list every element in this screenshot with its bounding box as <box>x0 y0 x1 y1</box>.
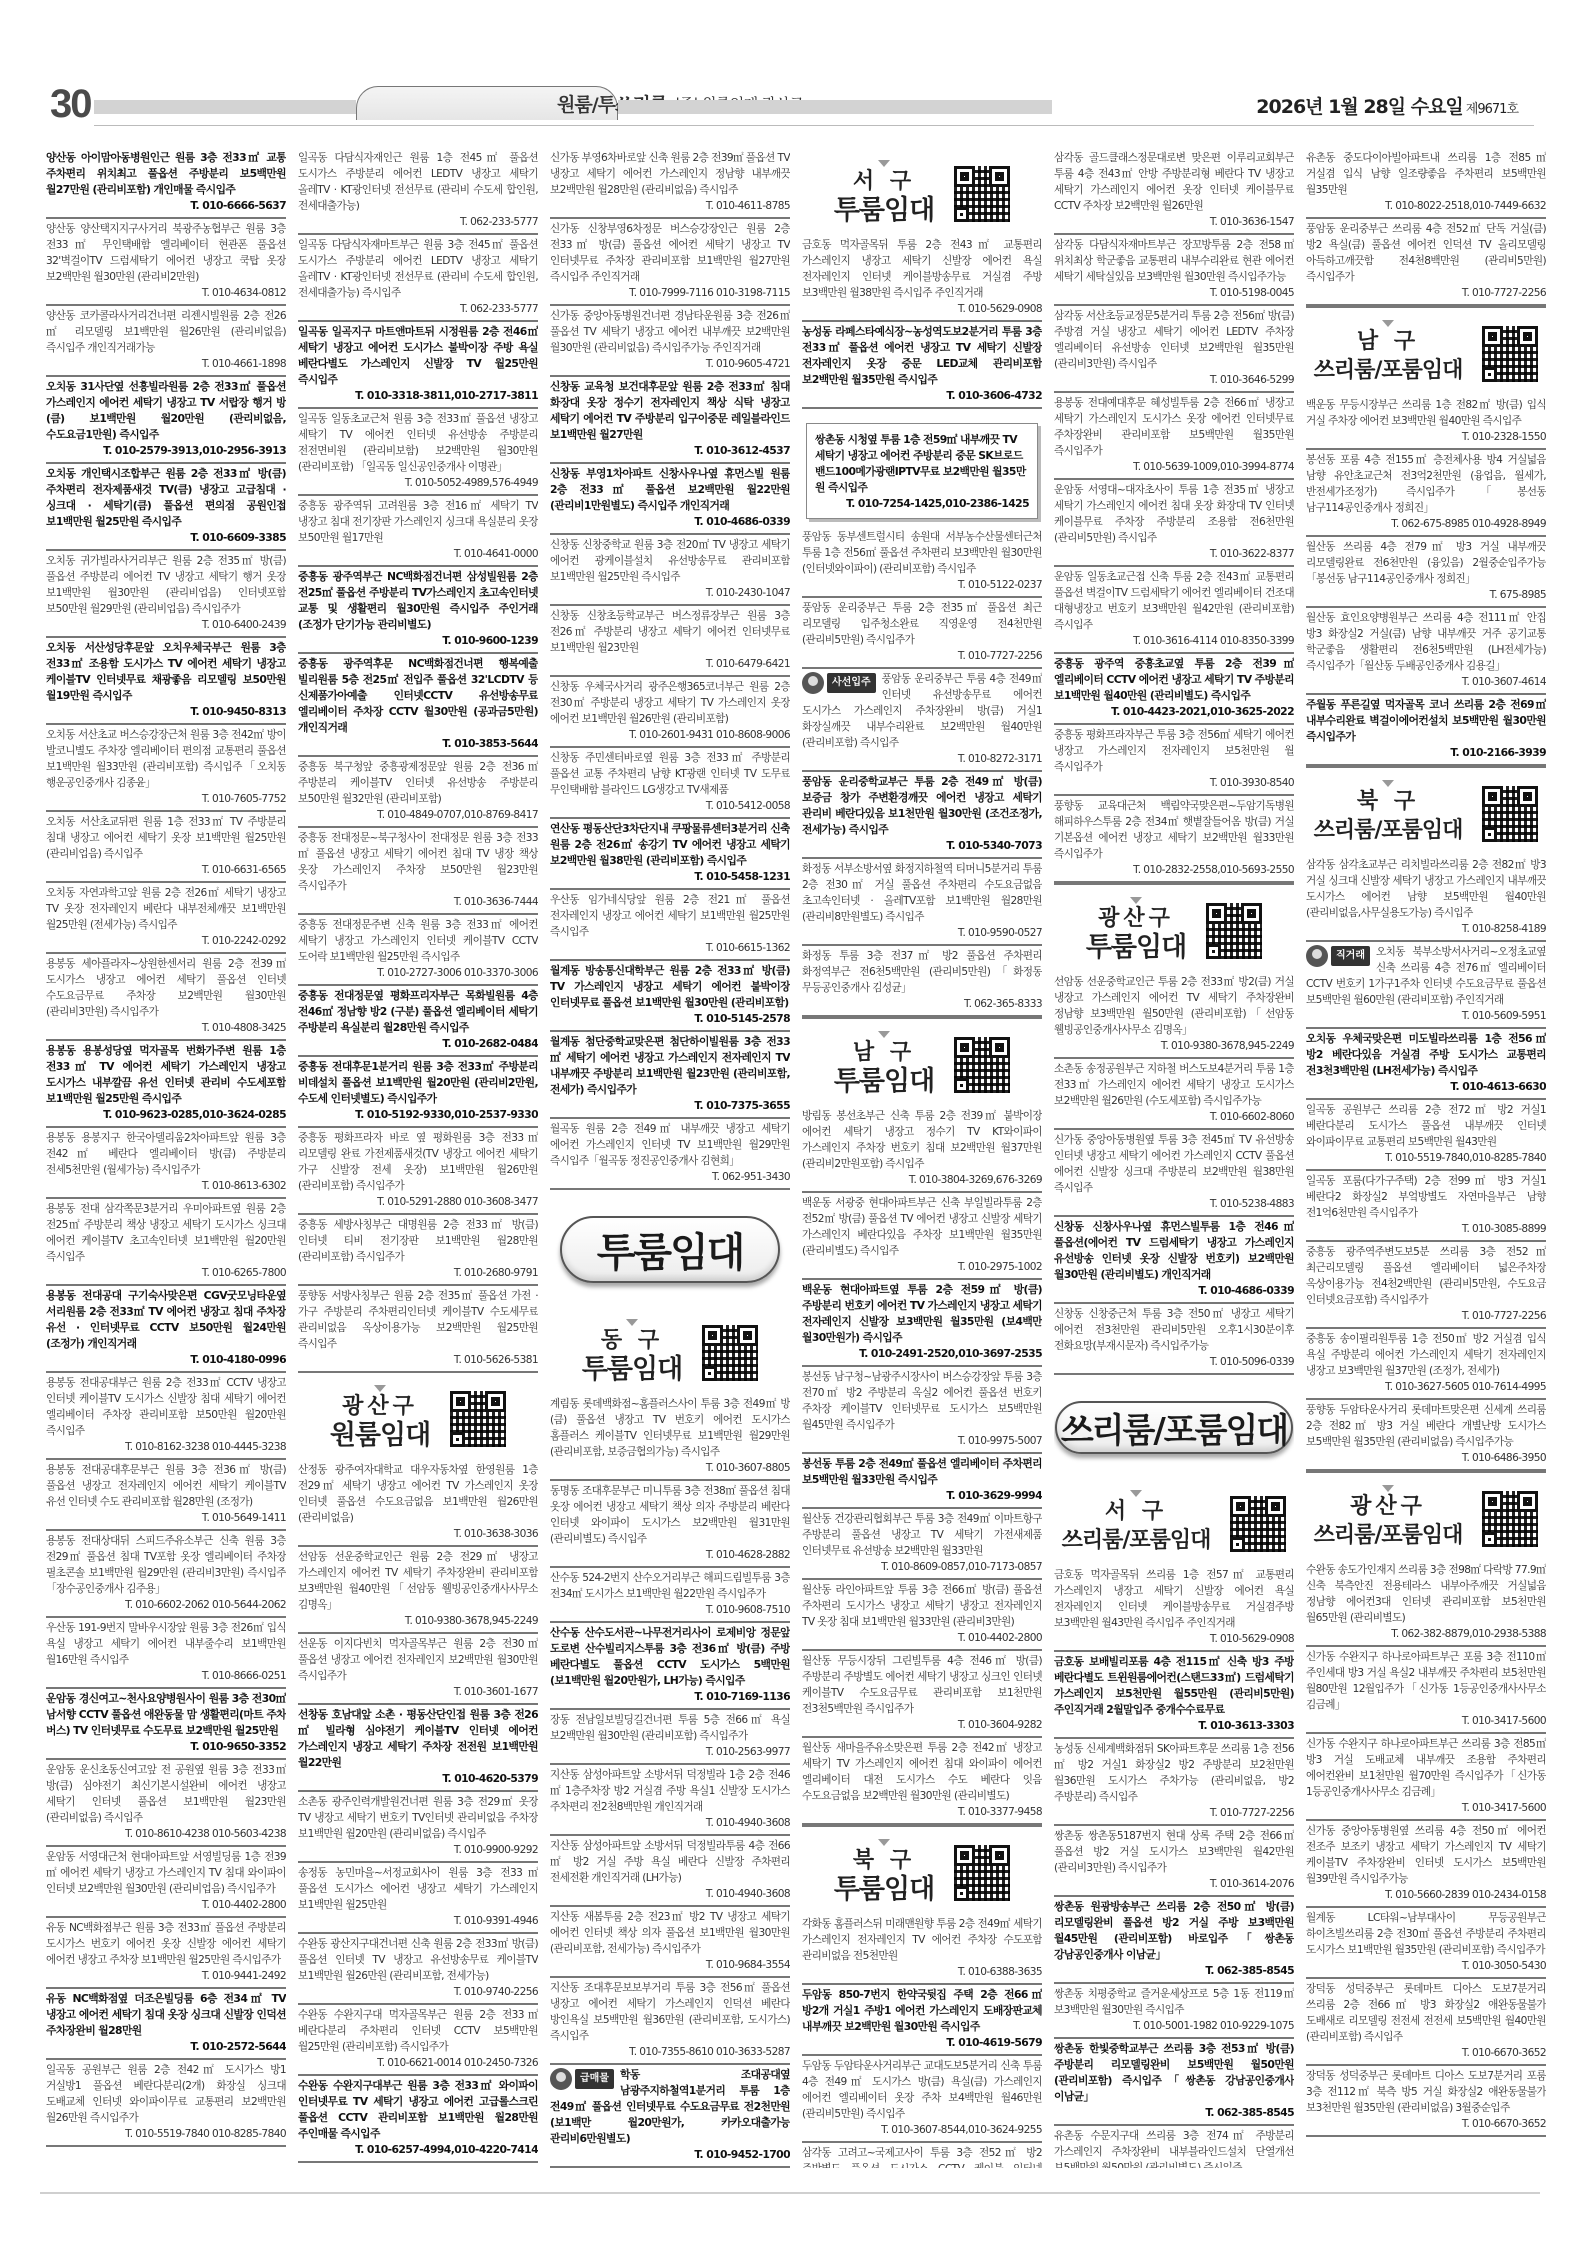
listing-phone: T. 010-3085-8899 <box>1306 1221 1546 1237</box>
listing-item: 방림동 봉선초부근 신축 투룸 2층 전39㎡ 붙박이장 에어컨 세탁기 냉장고… <box>802 1106 1042 1193</box>
lightbulb-icon <box>802 672 824 694</box>
listing-text: 화정동 서부소방서옆 화정지하철역 티머니5분거리 투룸 2층 전30㎡ 거실 … <box>802 863 1042 923</box>
listing-text: 신가동 신창부영6차정문 버스승강장인근 원룸 2층 전33㎡ 방(큼) 풀옵션… <box>550 223 790 283</box>
listing-phone: T. 010-4940-3608 <box>550 1815 790 1831</box>
listing-phone: T. 010-6479-6421 <box>550 656 790 672</box>
tag-label: 사선입주 <box>827 673 876 693</box>
column-4: 서 구 투룸임대 금호동 먹자골목뒤 투룸 2층 전43㎡ 교통편리 가스레인지… <box>802 148 1042 2168</box>
listing-text: 선암동 선운중학교인근 투룸 2층 전33㎡ 방2(큼) 거실 냉장고 가스레인… <box>1054 976 1294 1036</box>
listing-phone: T. 010-2579-3913,010-2956-3913 <box>46 443 286 459</box>
listing-item: 풍암동 운리중부근 투룸 2층 전35㎡ 풀옵션 최근 리모델링 입주청소완료 … <box>802 598 1042 669</box>
listing-text: 신창동 신창초등학교부근 버스정류장부근 원룸 3층 전26㎡ 주방분리 냉장고… <box>550 610 790 654</box>
listing-item: 월산동 효인요양병원부근 쓰리룸 4층 전111㎡ 안집 방3 화장실2 거실(… <box>1306 608 1546 695</box>
listing-phone: T. 010-2832-2558,010-5693-2550 <box>1054 862 1294 878</box>
listing-phone: T. 062-233-5777 <box>298 214 538 230</box>
listing-phone: T. 010-9380-3678,945-2249 <box>1054 1038 1294 1054</box>
listing-phone: T. 010-4619-5679 <box>802 2035 1042 2051</box>
listing-text: 백운동 서광중 현대아파트부근 신축 부일빌라투룸 2층 전52㎡ 방(큼) 풀… <box>802 1197 1042 1257</box>
listing-item: 중흥동 송이필리원투룸 1층 전50㎡ 방2 거실겸 입식 욕실 주방분리 에어… <box>1306 1329 1546 1400</box>
listing-text: 풍향동 서방사칭부근 원룸 2층 전35㎡ 풀옵션 가전 · 가구 주방분리 주… <box>298 1290 538 1350</box>
column-6-gwangsan-listings: 수완동 송도가인재지 쓰리룸 3층 전98㎡ 다락방 77.9㎡ 신축 북측안진… <box>1306 1560 1546 2137</box>
district-name: 광산구 <box>1086 906 1186 932</box>
listing-phone: T. 010-9391-4946 <box>298 1913 538 1929</box>
listing-text: 중흥동 평화프라자부근 투룸 3층 전56㎡ 세탁기 에어컨 냉장고 가스레인지… <box>1054 729 1294 773</box>
listing-phone: T. 010-2242-0292 <box>46 933 286 949</box>
listing-item: 화정동 투룸 3층 전37㎡ 방2 풀옵션 주차편리 화정역부근 전6천5백만원… <box>802 946 1042 1017</box>
listing-phone: T. 010-5198-0045 <box>1054 285 1294 301</box>
listing-text: 금호동 먹자골목뒤 투룸 2층 전43㎡ 교통편리 가스레인지 냉장고 세탁기 … <box>802 239 1042 299</box>
urgent-listing: 급매물 학동 조대공대옆 남광주지하철역1분거리 투룸 1층 전49㎡ 풀옵션 … <box>550 2065 790 2168</box>
listing-phone: T. 010-2491-2520,010-3697-2535 <box>802 1346 1042 1362</box>
listing-item: 산정동 광주여자대학교 대우자동차옆 한영원룸 1층 전29㎡ 세탁기 냉장고 … <box>298 1460 538 1547</box>
listing-text: 운암동 경신여고~천사요양병원사이 원룸 3층 전30㎡ 남서향 CCTV 풀옵… <box>46 1692 286 1737</box>
listing-text: 오치동 자연과학고앞 원룸 2층 전26㎡ 세탁기 냉장고 TV 옷장 전자레인… <box>46 887 286 931</box>
listing-text: 중흥동 전대정문주변 신축 원룸 3층 전33㎡ 에어컨 세탁기 냉장고 가스레… <box>298 919 538 963</box>
listing-text: 월산동 효인요양병원부근 쓰리룸 4층 전111㎡ 안집 방3 화장실2 거실(… <box>1306 612 1546 672</box>
listing-item: 운암동 경신여고~천사요양병원사이 원룸 3층 전30㎡ 남서향 CCTV 풀옵… <box>46 1689 286 1760</box>
listing-text: 양산동 코카콜라사거리건너편 리젠시빌원룸 2층 전26㎡ 리모델링 보1백만원… <box>46 310 286 354</box>
listing-phone: T. 010-5238-4883 <box>1054 1196 1294 1212</box>
listing-item: 직거래오치동 북부소방서사거리~오정초교옆 신축 쓰리룸 4층 전76㎡ 엘리베… <box>1306 942 1546 1029</box>
district-header-gwangsan-tworoom: 광산구 투룸임대 <box>1054 883 1294 972</box>
listing-phone: T. 010-5096-0339 <box>1054 1354 1294 1370</box>
section-banner-tworoom: 투룸임대 <box>560 1216 780 1283</box>
listing-item: 용봉동 용봉성당옆 먹자골목 번화가주변 원룸 1층 전33㎡ TV 에어컨 세… <box>46 1041 286 1128</box>
listing-text: 동명동 조대후문부근 미니투룸 3층 전38㎡ 풀옵션 침대 옷장 에어컨 냉장… <box>550 1485 790 1545</box>
listing-item: 수완동 수완지구대부근 원룸 3층 전33㎡ 와이파이 인터넷무료 TV 세탁기… <box>298 2076 538 2163</box>
district-header-namgu-three: 남 구 쓰리룸/포룸임대 <box>1306 306 1546 395</box>
listing-phone: T. 010-5145-2578 <box>550 1011 790 1027</box>
listing-item: 지산동 조대후문보보부거리 투룸 3층 전56㎡ 풀옵션 냉장고 에어컨 세탁기… <box>550 1978 790 2065</box>
listing-phone: T. 010-5458-1231 <box>550 869 790 885</box>
listing-phone: T. 010-6400-2439 <box>46 617 286 633</box>
listing-item: 송정동 농민마을~서정교회사이 원룸 3층 전33㎡ 풀옵션 도시가스 에어컨 … <box>298 1863 538 1934</box>
listing-phone: T. 010-5629-0908 <box>802 301 1042 317</box>
listing-text: 용봉동 전대예대후문 혜성빌투룸 2층 전66㎡ 냉장고 세탁기 가스레인지 도… <box>1054 397 1294 457</box>
listing-text: 신창동 교육청 보건대후문앞 원룸 2층 전33㎡ 침대 화장대 옷장 정수기 … <box>550 380 790 441</box>
listing-phone: T. 010-4180-0996 <box>46 1352 286 1368</box>
listing-item: 수완동 송도가인재지 쓰리룸 3층 전98㎡ 다락방 77.9㎡ 신축 북측안진… <box>1306 1560 1546 1647</box>
listing-item: 두암동 850-7번지 한약국뒷집 주택 2층 전66㎡ 방2개 거실1 주방1… <box>802 1985 1042 2056</box>
listing-item: 월곡동 원룸 2층 전49㎡ 내부깨끗 냉장고 세탁기 에어컨 가스레인지 인터… <box>550 1119 790 1190</box>
qr-code-icon[interactable] <box>702 1325 758 1381</box>
qr-code-icon[interactable] <box>954 1845 1010 1901</box>
listing-item: 선암동 선운중학교인근 투룸 2층 전33㎡ 방2(큼) 거실 냉장고 가스레인… <box>1054 972 1294 1059</box>
listing-text: 월산동 라인아파트앞 투룸 3층 전66㎡ 방(큼) 풀옵션 주차편리 도시가스… <box>802 1584 1042 1628</box>
listing-phone: T. 010-5122-0237 <box>802 577 1042 593</box>
qr-code-icon[interactable] <box>1482 1491 1538 1547</box>
district-header-gwangsan-oneroom: 광산구 원룸임대 <box>298 1373 538 1460</box>
listing-text: 중흥동 북구청앞 중흥광제정문앞 원룸 2층 전36㎡ 주방분리 케이블TV 인… <box>298 761 538 805</box>
listing-text: 유동 NC백화점옆 더조은빌딩룸 6층 전34㎡ TV 냉장고 에어컨 세탁기 … <box>46 1992 286 2037</box>
listing-phone: T. 010-5052-4989,576-4949 <box>298 475 538 491</box>
qr-code-icon[interactable] <box>1230 1496 1286 1552</box>
listing-text: 지산동 삼성아파트앞 소방서뒤 덕정빌라투룸 4층 전66㎡ 방2 거실 주방 … <box>550 1840 790 1884</box>
listing-item: 산수동 524-2번지 산수오거리부근 해피드림빌투룸 3층 전34㎡ 도시가스… <box>550 1568 790 1623</box>
listing-text: 일곡동 포룸(다가구주택) 2층 전99㎡ 방3 거실1 베란다2 화장실2 부… <box>1306 1175 1546 1219</box>
listing-item: 오치동 서산초교뒤편 원룸 1층 전33㎡ TV 주방분리 침대 냉장고 에어컨… <box>46 812 286 883</box>
listing-phone: T. 010-4628-2882 <box>550 1547 790 1563</box>
district-title: 원룸임대 <box>330 1420 430 1452</box>
triangle-icon <box>1382 1485 1394 1492</box>
listing-text: 금호동 먹자골목뒤 쓰리룸 1층 전57㎡ 교통편리 가스레인지 냉장고 세탁기… <box>1054 1569 1294 1629</box>
column-1: 양산동 아이맘아동병원인근 원룸 3층 전33㎡ 교통 주차편리 위치최고 풀옵… <box>46 148 286 2168</box>
listing-phone: T. 010-8272-3171 <box>802 751 1042 767</box>
listing-text: 운암동 일동초교근접 신축 투룸 2층 전43㎡ 교통편리 풀옵션 벽걸이TV … <box>1054 571 1294 631</box>
listing-text: 중흥동 송이필리원투룸 1층 전50㎡ 방2 거실겸 입식 욕실 주방분리 에어… <box>1306 1333 1546 1377</box>
qr-code-icon[interactable] <box>1482 326 1538 382</box>
listing-phone: T. 675-8985 <box>1306 587 1546 603</box>
listing-phone: T. 010-4423-2021,010-3625-2022 <box>1054 704 1294 720</box>
listing-item: 용봉동 전대공대부근 원룸 2층 전33㎡ CCTV 냉장고 인터넷 케이블TV… <box>46 1373 286 1460</box>
listing-phone: T. 010-6670-3652 <box>1306 2045 1546 2061</box>
listing-phone: T. 010-8162-3238 010-4445-3238 <box>46 1439 286 1455</box>
column-4-seogu-listings: 금호동 먹자골목뒤 투룸 2층 전43㎡ 교통편리 가스레인지 냉장고 세탁기 … <box>802 235 1042 409</box>
listing-phone: T. 010-3622-8377 <box>1054 546 1294 562</box>
listing-item: 신창동 교육청 보건대후문앞 원룸 2층 전33㎡ 침대 화장대 옷장 정수기 … <box>550 377 790 464</box>
listing-phone: T. 010-2166-3939 <box>1306 745 1546 761</box>
listing-text: 선창동 호남대앞 소촌 · 평동산단인접 원룸 3층 전26㎡ 빌라형 심야전기… <box>298 1708 538 1769</box>
listing-text: 신가동 수완지구 하나로아파트부근 쓰리룸 3층 전85㎡ 방3 거실 도배교체… <box>1306 1738 1546 1798</box>
listing-item: 쌍촌동 한빛중학교부근 쓰리룸 3층 전53㎡ 방(큼) 주방분리 리모델링완비… <box>1054 2039 1294 2126</box>
listing-item: 신창동 우체국사거리 광주은행365코너부근 원룸 2층 전30㎡ 주방분리 냉… <box>550 677 790 748</box>
listing-text: 운암동 서영대~대자초사이 투룸 1층 전35㎡ 냉장고 세탁기 가스레인지 에… <box>1054 484 1294 544</box>
column-5-gwangsan-listings: 선암동 선운중학교인근 투룸 2층 전33㎡ 방2(큼) 거실 냉장고 가스레인… <box>1054 972 1294 1375</box>
listing-item: 용봉동 전대공대후문부근 원룸 3층 전36㎡ 방(큼) 풀옵션 냉장고 전자레… <box>46 1460 286 1531</box>
listing-phone: T. 010-5412-0058 <box>550 798 790 814</box>
listing-item: 소촌동 송정공원부근 지하철 버스도보4분거리 투룸 1층 전33㎡ 가스레인지… <box>1054 1059 1294 1130</box>
listing-text: 신창동 주민센터바로옆 원룸 3층 전33㎡ 주방분리 풀옵션 교통 주차편리 … <box>550 752 790 796</box>
listing-item: 신가동 수완지구 하나로아파트부근 포룸 3층 전110㎡ 주인세대 방3 거실… <box>1306 1647 1546 1734</box>
listing-phone: T. 010-5660-2839 010-2434-0158 <box>1306 1887 1546 1903</box>
listing-item: 중흥동 광주역부근 NC백화점건너편 삼성빌원룸 2층 전25㎡ 풀옵션 주방분… <box>298 567 538 654</box>
qr-code-icon[interactable] <box>954 1037 1010 1093</box>
urgent-label: 급매물 <box>575 2069 614 2089</box>
listing-phone: T. 010-8022-2518,010-7449-6632 <box>1306 198 1546 214</box>
listing-phone: T. 010-3612-4537 <box>550 443 790 459</box>
listing-phone: T. 010-4613-6630 <box>1306 1079 1546 1095</box>
listing-phone: T. 010-3638-3036 <box>298 1526 538 1542</box>
listing-phone: T. 010-2328-1550 <box>1306 429 1546 445</box>
district-header-gwangsan-three: 광산구 쓰리룸/포룸임대 <box>1306 1471 1546 1560</box>
listing-item: 지산동 새봄투룸 2층 전23㎡ 방2 TV 냉장고 세탁기 에어컨 인터넷 책… <box>550 1907 790 1978</box>
listing-text: 오치동 귀가빌라사거리부근 원룸 2층 전35㎡ 방(큼) 풀옵션 주방분리 에… <box>46 555 286 615</box>
listing-phone: T. 010-9452-1700 <box>550 2147 790 2163</box>
listing-text: 월계동 첨단중학교맞은편 첨단하이빌원룸 3층 전33㎡ 세탁기 에어컨 냉장고… <box>550 1035 790 1096</box>
listing-phone: T. 010-3629-9994 <box>802 1488 1042 1504</box>
listing-item: 중흥동 전대후문1분거리 원룸 3층 전33㎡ 주방분리 비데설치 풀옵션 보1… <box>298 1057 538 1128</box>
listing-item: 장덕동 성덕중부근 롯데마트 디아스 도보7분거리 쓰리룸 2층 전66㎡ 방3… <box>1306 1979 1546 2066</box>
listing-phone: T. 062-385-8545 <box>1054 2105 1294 2121</box>
listing-phone: T. 010-6670-3652 <box>1306 2116 1546 2132</box>
district-title: 쓰리룸/포룸임대 <box>1314 815 1463 847</box>
listing-text: 오치동 서산초교 버스승강장근처 원룸 3층 전42㎡ 방이 발코니별도 주차장… <box>46 729 286 789</box>
listing-phone: T. 010-3853-5644 <box>298 736 538 752</box>
listing-phone: T. 010-6615-1362 <box>550 940 790 956</box>
listing-item: 용봉동 세아플라자~상원한센서리 원룸 2층 전39㎡ 도시가스 냉장고 에어컨… <box>46 954 286 1041</box>
column-3: 신가동 부영6차바로앞 신축 원룸 2층 전39㎡ 풀옵션 TV 냉장고 세탁기… <box>550 148 790 2168</box>
listing-item: 일곡동 공원부근 원룸 2층 전42㎡ 도시가스 방1 거실방1 풀옵션 베란다… <box>46 2060 286 2147</box>
listing-item: 월산동 쓰리룸 4층 전79㎡ 방3 거실 내부깨끗 리모델링완료 전6천만원 … <box>1306 537 1546 608</box>
listing-text: 산수동 산수도서관~나무전거리사이 로제비앙 정문앞 도로변 산수빌리지스투룸 … <box>550 1626 790 1687</box>
column-2-listings: 일곡동 다담식자재인근 원룸 1층 전45㎡ 풀옵션 도시가스 주방분리 에어컨… <box>298 148 538 1373</box>
listing-item: 풍암동 운리중부근 쓰리룸 4층 전52㎡ 단독 거실(큼) 방2 욕실(큼) … <box>1306 219 1546 306</box>
listing-text: 운암동 운신초동신여고앞 전 공원옆 원룸 3층 전33㎡ 방(큼) 심야전기 … <box>46 1764 286 1824</box>
listing-phone: T. 010-4686-0339 <box>1054 1283 1294 1299</box>
qr-code-icon[interactable] <box>1206 903 1262 959</box>
listing-phone: T. 010-7605-7752 <box>46 791 286 807</box>
boxed-listing: 쌍촌동 시청옆 투룸 1층 전59㎡ 내부깨끗 TV 세탁기 냉장고 에어컨 주… <box>806 423 1038 519</box>
listing-item: 유동 NC백화점부근 원룸 3층 전33㎡ 풀옵션 주방분리 도시가스 번호키 … <box>46 1918 286 1989</box>
listing-item: 오치동 서산초교 버스승강장근처 원룸 3층 전42㎡ 방이 발코니별도 주차장… <box>46 725 286 812</box>
district-title: 쓰리룸/포룸임대 <box>1314 1520 1463 1552</box>
issue-number: 제9671호 <box>1466 102 1518 117</box>
listing-text: 양산동 양산택지지구사거리 북광주농협부근 원룸 3층 전33㎡ 무인택배함 엘… <box>46 223 286 283</box>
qr-code-icon[interactable] <box>1482 786 1538 842</box>
listing-phone: T. 010-7254-1425,010-2386-1425 <box>815 496 1029 512</box>
listing-text: 쌍촌동 원광방송부근 쓰리룸 2층 전50㎡ 방(큼) 리모델링완비 풀옵션 방… <box>1054 1900 1294 1961</box>
listing-item: 양산동 코카콜라사거리건너편 리젠시빌원룸 2층 전26㎡ 리모델링 보1백만원… <box>46 306 286 377</box>
listing-item: 선운동 이지다빈치 먹자골목부근 원룸 2층 전30㎡ 풀옵션 냉장고 에어컨 … <box>298 1634 538 1705</box>
listing-item: 오치동 31사단옆 선흥빌라원룸 2층 전33㎡ 풀옵션 가스레인지 에어컨 세… <box>46 377 286 464</box>
district-title: 쓰리룸/포룸임대 <box>1314 355 1463 387</box>
listing-item: 중흥동 전대정문~북구청사이 전대정문 원룸 3층 전33㎡ 풀옵션 냉장고 세… <box>298 828 538 915</box>
listing-text: 농성동 라페스타예식장~농성역도보2분거리 투룸 3층 전33㎡ 풀옵션 에어컨… <box>802 325 1042 386</box>
listing-text: 신가동 중앙아동병원옆 쓰리룸 4층 전50㎡ 에어컨 전조주 보조키 냉장고 … <box>1306 1825 1546 1885</box>
district-title: 투룸임대 <box>582 1354 682 1386</box>
listing-item: 유촌동 중도다이아빌아파트내 쓰리룸 1층 전85㎡ 거실겸 입식 남향 일조량… <box>1306 148 1546 219</box>
listing-text: 중흥동 전대후문1분거리 원룸 3층 전33㎡ 주방분리 비데설치 풀옵션 보1… <box>298 1060 538 1105</box>
listing-item: 화정동 서부소방서옆 화정지하철역 티머니5분거리 투룸 2층 전30㎡ 거실 … <box>802 859 1042 946</box>
listing-phone: T. 010-8610-4238 010-5603-4238 <box>46 1826 286 1842</box>
listing-phone: T. 010-8258-4189 <box>1306 921 1546 937</box>
listing-text: 오치동 서산초교뒤편 원룸 1층 전33㎡ TV 주방분리 침대 냉장고 에어컨… <box>46 816 286 860</box>
listing-text: 양산동 아이맘아동병원인근 원룸 3층 전33㎡ 교통 주차편리 위치최고 풀옵… <box>46 151 286 196</box>
listing-text: 화정동 투룸 3층 전37㎡ 방2 풀옵션 주차편리 화정역부근 전6천5백만원… <box>802 950 1042 994</box>
listing-text: 산수동 524-2번지 산수오거리부근 해피드림빌투룸 3층 전34㎡ 도시가스… <box>550 1572 790 1600</box>
listing-text: 월계동 방송통신대학부근 원룸 2층 전33㎡ 방(큼) TV 가스레인지 냉장… <box>550 964 790 1009</box>
tag-label: 직거래 <box>1331 946 1370 966</box>
listing-phone: T. 010-6265-7800 <box>46 1265 286 1281</box>
listing-text: 신창동 부영1차아파트 신창사우나옆 휴먼스빌 원룸 2층 전33㎡ 풀옵션 보… <box>550 467 790 512</box>
listing-text: 유동 NC백화점부근 원룸 3층 전33㎡ 풀옵션 주방분리 도시가스 번호키 … <box>46 1922 286 1966</box>
listing-phone: T. 010-3646-5299 <box>1054 372 1294 388</box>
listing-text: 중흥동 평화프라자 바로 옆 평화원룸 3층 전33㎡ 리모델링 완료 가전제품… <box>298 1132 538 1192</box>
listing-phone: T. 010-2680-9791 <box>298 1265 538 1281</box>
listing-item: 풍향동 두암타운사거리 롯데마트맞은편 신세계 쓰리룸 2층 전82㎡ 방3 거… <box>1306 1400 1546 1471</box>
listing-text: 중흥동 전대정문옆 평화프리자부근 목화빌원룸 4층 전46㎡ 정남향 방2 (… <box>298 989 538 1034</box>
district-header-donggu-tworoom: 동 구 투룸임대 <box>550 1307 790 1394</box>
urgent-tag: 급매물 <box>550 2068 614 2090</box>
listing-phone: T. 010-2682-0484 <box>298 1036 538 1052</box>
listing-phone: T. 010-9975-5007 <box>802 1433 1042 1449</box>
listing-phone: T. 010-4634-0812 <box>46 285 286 301</box>
listing-phone: T. 062-382-8879,010-2938-5388 <box>1306 1626 1546 1642</box>
listing-text: 장동 전남일보빌딩길건너편 투룸 5층 전66㎡ 욕실 보2백만원 월30만원 … <box>550 1714 790 1742</box>
listing-item: 오치동 자연과학고앞 원룸 2층 전26㎡ 세탁기 냉장고 TV 옷장 전자레인… <box>46 883 286 954</box>
listing-text: 일곡동 일곡지구 마트앤마트뒤 시정원룸 2층 전46㎡ 세탁기 냉장고 에어컨… <box>298 325 538 386</box>
listing-phone: T. 010-5340-7073 <box>802 838 1042 854</box>
listing-phone: T. 062-675-8985 010-4928-8949 <box>1306 516 1546 532</box>
listing-phone: T. 010-3050-5430 <box>1306 1958 1546 1974</box>
listing-phone: T. 010-9590-0527 <box>802 925 1042 941</box>
listing-phone: T. 010-8609-0857,010-7173-0857 <box>802 1559 1042 1575</box>
column-3-donggu-listings: 계림동 롯데백화점~홈플러스사이 투룸 3층 전49㎡ 방(큼) 풀옵션 냉장고… <box>550 1394 790 2065</box>
listing-text: 월계동 LC타워~남부대사이 무등공원부근 하이츠빌쓰리룸 2층 전30㎡ 풀옵… <box>1306 1912 1546 1956</box>
listing-phone: T. 010-4849-0707,010-8769-8417 <box>298 807 538 823</box>
district-name: 동 구 <box>582 1328 682 1354</box>
listing-item: 삼각동 서산초등교정문5분거리 투룸 2층 전56㎡ 방(큼) 주방겸 거실 냉… <box>1054 306 1294 393</box>
district-name: 서 구 <box>1062 1499 1211 1525</box>
listing-item: 운암동 운신초동신여고앞 전 공원옆 원룸 3층 전33㎡ 방(큼) 심야전기 … <box>46 1760 286 1847</box>
listing-item: 장동 전남일보빌딩길건너편 투룸 5층 전66㎡ 욕실 보2백만원 월30만원 … <box>550 1710 790 1765</box>
issue-date: 2026년 1월 28일 수요일제9671호 <box>1256 92 1518 119</box>
listing-text: 오치동 서산성당후문앞 오치우체국부근 원룸 3층 전33㎡ 조용함 도시가스 … <box>46 641 286 702</box>
district-title: 투룸임대 <box>834 195 934 227</box>
listing-item: 각화동 홈플러스뒤 미래맨원향 투룸 2층 전49㎡ 세탁기 가스레인지 전자레… <box>802 1914 1042 1985</box>
listing-text: 백운동 무등시장부근 쓰리룸 1층 전82㎡ 방(큼) 입식 거실 주차장 에어… <box>1306 399 1546 427</box>
listing-item: 오치동 서산성당후문앞 오치우체국부근 원룸 3층 전33㎡ 조용함 도시가스 … <box>46 638 286 725</box>
listing-text: 일곡동 공원부근 쓰리룸 2층 전72㎡ 방2 거실1 베란다분리 도시가스 풀… <box>1306 1104 1546 1148</box>
district-header-bukgu-tworoom: 북 구 투룸임대 <box>802 1825 1042 1914</box>
listing-item: 중흥동 광주역뒤 고려원룸 3층 전16㎡ 세탁기 TV 냉장고 침대 전기장판… <box>298 496 538 567</box>
listing-phone: T. 010-9600-1239 <box>298 633 538 649</box>
listing-phone: T. 010-5626-5381 <box>298 1352 538 1368</box>
listing-item: 중흥동 북구청앞 중흥광제정문앞 원룸 2층 전36㎡ 주방분리 케이블TV 인… <box>298 757 538 828</box>
listing-phone: T. 010-4686-0339 <box>550 514 790 530</box>
listing-phone: T. 010-3804-3269,676-3269 <box>802 1172 1042 1188</box>
listing-phone: T. 010-6631-6565 <box>46 862 286 878</box>
listing-item: 중흥동 광주역 중흥초교옆 투룸 2층 전39㎡ 엘리베이터 CCTV 에어컨 … <box>1054 654 1294 725</box>
listing-item: 금호동 먹자골목뒤 투룸 2층 전43㎡ 교통편리 가스레인지 냉장고 세탁기 … <box>802 235 1042 322</box>
listing-phone: T. 010-8666-0251 <box>46 1668 286 1684</box>
classifieds-columns: 양산동 아이맘아동병원인근 원룸 3층 전33㎡ 교통 주차편리 위치최고 풀옵… <box>46 148 1540 2168</box>
listing-item: 유동 NC백화점옆 더조은빌딩룸 6층 전34㎡ TV 냉장고 에어컨 세탁기 … <box>46 1989 286 2060</box>
triangle-icon <box>878 160 890 167</box>
column-4-bukgu-listings: 각화동 홈플러스뒤 미래맨원향 투룸 2층 전49㎡ 세탁기 가스레인지 전자레… <box>802 1914 1042 2168</box>
listing-phone: T. 010-9605-4721 <box>550 356 790 372</box>
listing-phone: T. 010-3417-5600 <box>1306 1800 1546 1816</box>
listing-item: 봉선동 포룸 4층 전155㎡ 층전체사용 방4 거실넓음 남향 유안초교근처 … <box>1306 450 1546 537</box>
column-6-namgu-listings: 백운동 무등시장부근 쓰리룸 1층 전82㎡ 방(큼) 입식 거실 주차장 에어… <box>1306 395 1546 766</box>
district-title: 투룸임대 <box>834 1066 934 1098</box>
listing-item: 수완동 광산지구대건너편 신축 원룸 2층 전33㎡ 방(큼) 풀옵션 인터넷 … <box>298 1934 538 2005</box>
column-5-listings: 삼각동 골드클래스정문대로변 맞은편 이루리교회부근 투룸 4층 전43㎡ 안방… <box>1054 148 1294 883</box>
listing-phone: T. 010-4808-3425 <box>46 1020 286 1036</box>
listing-phone: T. 010-9684-3554 <box>550 1957 790 1973</box>
listing-phone: T. 010-3616-4114 010-8350-3399 <box>1054 633 1294 649</box>
listing-item: 금호동 보배빌리포룸 4층 전115㎡ 신축 방3 주방 베란다별도 트윈원룸에… <box>1054 1652 1294 1739</box>
listing-phone: T. 010-6621-0014 010-2450-7326 <box>298 2055 538 2071</box>
listing-item: 우산동 191-9번지 말바우시장앞 원룸 3층 전26㎡ 입식 욕실 냉장고 … <box>46 1618 286 1689</box>
listing-item: 동명동 조대후문부근 미니투룸 3층 전38㎡ 풀옵션 침대 옷장 에어컨 냉장… <box>550 1481 790 1568</box>
listing-text: 일곡동 다담식자재마트부근 원룸 3층 전45㎡ 풀옵션 도시가스 주방분리 에… <box>298 239 538 299</box>
listing-text: 방림동 봉선초부근 신축 투룸 2층 전39㎡ 붙박이장 에어컨 세탁기 냉장고… <box>802 1110 1042 1170</box>
listing-item: 삼각동 골드클래스정문대로변 맞은편 이루리교회부근 투룸 4층 전43㎡ 안방… <box>1054 148 1294 235</box>
listing-text: 두암동 850-7번지 한약국뒷집 주택 2층 전66㎡ 방2개 거실1 주방1… <box>802 1988 1042 2033</box>
listing-phone: T. 010-9450-8313 <box>46 704 286 720</box>
listing-item: 산수동 산수도서관~나무전거리사이 로제비앙 정문앞 도로변 산수빌리지스투룸 … <box>550 1623 790 1710</box>
listing-item: 신창동 신창중근처 투룸 3층 전50㎡ 냉장고 세탁기 에어컨 전3천만원 관… <box>1054 1304 1294 1375</box>
listing-text: 월산동 무등시장뒤 그린빌투룸 4층 전46㎡ 방(큼) 주방분리 주방별도 에… <box>802 1655 1042 1715</box>
listing-phone: T. 010-3636-1547 <box>1054 214 1294 230</box>
listing-item: 용봉동 용봉지구 한국아델리움2차아파트앞 원룸 3층 전42㎡ 베란다 엘리베… <box>46 1128 286 1199</box>
listing-item: 일곡동 일곡지구 마트앤마트뒤 시정원룸 2층 전46㎡ 세탁기 냉장고 에어컨… <box>298 322 538 409</box>
listing-text: 선암동 선운중학교인근 원룸 2층 전29㎡ 냉장고 가스레인지 에어컨 TV … <box>298 1551 538 1611</box>
listing-item: 신가동 중앙아동병원건너편 경남타운원룸 3층 전26㎡ 풀옵션 TV 세탁기 … <box>550 306 790 377</box>
qr-code-icon[interactable] <box>450 1391 506 1447</box>
listing-text: 용봉동 전대공대 구기숙사맞은편 CGV굿모닝타운옆 서리원룸 2층 전33㎡ … <box>46 1289 286 1350</box>
listing-item: 신가동 수완지구 하나로아파트부근 쓰리룸 3층 전85㎡ 방3 거실 도배교체… <box>1306 1734 1546 1821</box>
listing-item: 월산동 무등시장뒤 그린빌투룸 4층 전46㎡ 방(큼) 주방분리 주방별도 에… <box>802 1651 1042 1738</box>
district-name: 서 구 <box>834 169 934 195</box>
listing-item: 용봉동 전대상대뒤 스피드주유소부근 신축 원룸 3층 전29㎡ 풀옵션 침대 … <box>46 1531 286 1618</box>
listing-phone: T. 062-233-5777 <box>298 301 538 317</box>
listing-text: 용봉동 용봉지구 한국아델리움2차아파트앞 원룸 3층 전42㎡ 베란다 엘리베… <box>46 1132 286 1176</box>
listing-phone: T. 010-5609-5951 <box>1306 1008 1546 1024</box>
listing-phone: T. 010-2430-1047 <box>550 585 790 601</box>
listing-item: 계림동 롯데백화점~홈플러스사이 투룸 3층 전49㎡ 방(큼) 풀옵션 냉장고… <box>550 1394 790 1481</box>
listing-item: 일곡동 다담식자재마트부근 원룸 3층 전45㎡ 풀옵션 도시가스 주방분리 에… <box>298 235 538 322</box>
listing-item: 일곡동 공원부근 쓰리룸 2층 전72㎡ 방2 거실1 베란다분리 도시가스 풀… <box>1306 1100 1546 1171</box>
listing-phone: T. 010-3318-3811,010-2717-3811 <box>298 388 538 404</box>
listing-phone: T. 010-4620-5379 <box>298 1771 538 1787</box>
listing-phone: T. 010-3607-4614 <box>1306 674 1546 690</box>
direct-tag: 직거래 <box>1306 945 1370 967</box>
listing-phone: T. 010-3606-4732 <box>802 388 1042 404</box>
listing-item: 오치동 개인택시조합부근 원룸 2층 전33㎡ 방(큼) 주차편리 전자제품새것… <box>46 464 286 551</box>
column-4-namgu-listings: 방림동 봉선초부근 신축 투룸 2층 전39㎡ 붙박이장 에어컨 세탁기 냉장고… <box>802 1106 1042 1825</box>
listing-text: 쌍촌동 치평중학교 즐거운세상프로 5층 1동 전119㎡ 보3백만원 월30만… <box>1054 1988 1294 2016</box>
listing-item: 삼각동 고려고~국제고사이 투룸 3층 전52㎡ 방2 주방별도 풀옵션 도시가… <box>802 2143 1042 2168</box>
listing-item: 지산동 삼성아파트앞 소방서뒤 덕정빌라 1층 2층 전46㎡ 1층주차장 방2… <box>550 1765 790 1836</box>
listing-text: 운암동 서영대근처 현대아파트앞 서영빌딩룸 1층 전39㎡ 에어컨 세탁기 냉… <box>46 1851 286 1895</box>
listing-text: 용봉동 세아플라자~상원한센서리 원룸 2층 전39㎡ 도시가스 냉장고 에어컨… <box>46 958 286 1018</box>
listing-text: 풍향동 교육대근처 백림약국맞은편~두암기독병원 해피하우스투룸 2층 전34㎡… <box>1054 800 1294 860</box>
listing-phone: T. 010-7727-2256 <box>802 648 1042 664</box>
listing-phone: T. 010-7727-2256 <box>1306 1308 1546 1324</box>
listing-text: 중흥동 광주역부근 NC백화점건너편 삼성빌원룸 2층 전25㎡ 풀옵션 주방분… <box>298 570 538 631</box>
triangle-icon <box>878 1031 890 1038</box>
column-3-listings: 신가동 부영6차바로앞 신축 원룸 2층 전39㎡ 풀옵션 TV 냉장고 세탁기… <box>550 148 790 1190</box>
listing-phone: T. 010-6602-2062 010-5644-2062 <box>46 1597 286 1613</box>
listing-item: 봉선동 투룸 2층 전49㎡ 풀옵션 엘리베이터 주차편리 보5백만원 월33만… <box>802 1454 1042 1509</box>
listing-text: 쌍촌동 시청옆 투룸 1층 전59㎡ 내부깨끗 TV 세탁기 냉장고 에어컨 주… <box>815 433 1026 494</box>
listing-item: 중흥동 광주역후문 NC백화점건너편 행복예출 빌리원룸 5층 전25㎡ 전입주… <box>298 654 538 757</box>
listing-phone: T. 010-4661-1898 <box>46 356 286 372</box>
listing-phone: T. 010-8613-6302 <box>46 1178 286 1194</box>
listing-phone: T. 010-2563-9977 <box>550 1744 790 1760</box>
listing-text: 월곡동 원룸 2층 전49㎡ 내부깨끗 냉장고 세탁기 에어컨 가스레인지 인터… <box>550 1123 790 1167</box>
listing-text: 유촌동 중도다이아빌아파트내 쓰리룸 1층 전85㎡ 거실겸 입식 남향 일조량… <box>1306 152 1546 196</box>
listing-phone: T. 010-5519-7840 010-8285-7840 <box>46 2126 286 2142</box>
listing-phone: T. 010-7169-1136 <box>550 1689 790 1705</box>
date-text: 2026년 1월 28일 수요일 <box>1256 96 1463 118</box>
listing-phone: T. 010-4940-3608 <box>550 1886 790 1902</box>
qr-code-icon[interactable] <box>954 166 1010 222</box>
listing-text: 우산동 임가네식당앞 원룸 2층 전21㎡ 풀옵션 전자레인지 냉장고 에어컨 … <box>550 894 790 938</box>
listing-text: 일곡동 공원부근 원룸 2층 전42㎡ 도시가스 방1 거실방1 풀옵션 베란다… <box>46 2064 286 2124</box>
footer-rule <box>40 2192 1540 2194</box>
listing-phone: T. 010-9623-0285,010-3624-0285 <box>46 1107 286 1123</box>
listing-text: 각화동 홈플러스뒤 미래맨원향 투룸 2층 전49㎡ 세탁기 가스레인지 전자레… <box>802 1918 1042 1962</box>
listing-item: 용봉동 전대 삼각쪽문3분거리 우미아파트옆 원룸 2층 전25㎡ 주방분리 책… <box>46 1199 286 1286</box>
listing-item: 선창동 호남대앞 소촌 · 평동산단인접 원룸 3층 전26㎡ 빌라형 심야전기… <box>298 1705 538 1792</box>
listing-phone: T. 010-9900-9292 <box>298 1842 538 1858</box>
listing-text: 용봉동 전대공대후문부근 원룸 3층 전36㎡ 방(큼) 풀옵션 냉장고 전자레… <box>46 1464 286 1508</box>
header-rule <box>94 125 1534 126</box>
district-header-seogu-three: 서 구 쓰리룸/포룸임대 <box>1054 1478 1294 1565</box>
